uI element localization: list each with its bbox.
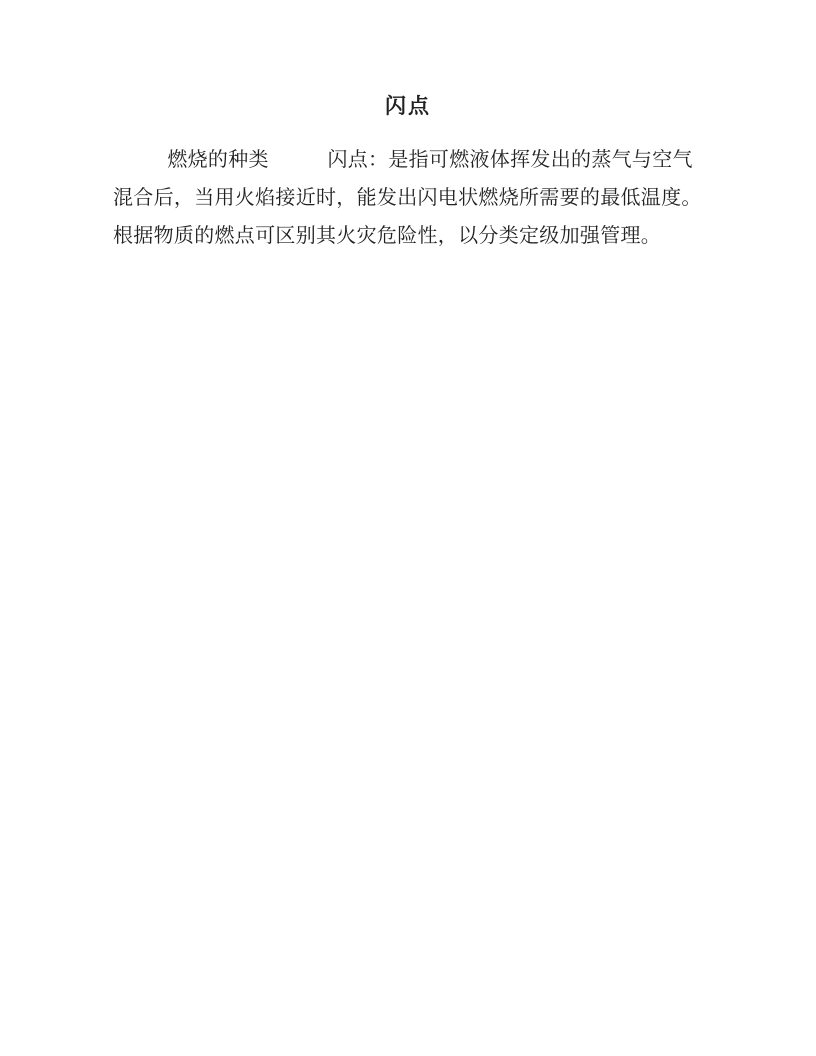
- paragraph-line-3: 根据物质的燃点可区别其火灾危险性，以分类定级加强管理。: [113, 217, 713, 255]
- paragraph-line-2: 混合后，当用火焰接近时，能发出闪电状燃烧所需要的最低温度。: [113, 179, 713, 217]
- paragraph-line-1: 燃烧的种类 闪点：是指可燃液体挥发出的蒸气与空气: [113, 141, 713, 179]
- body-paragraph: 燃烧的种类 闪点：是指可燃液体挥发出的蒸气与空气 混合后，当用火焰接近时，能发出…: [113, 141, 713, 255]
- paragraph-lead: 燃烧的种类: [167, 149, 269, 171]
- document-title: 闪点: [0, 90, 816, 120]
- paragraph-text-line-1: 闪点：是指可燃液体挥发出的蒸气与空气: [327, 149, 692, 171]
- document-page: 闪点 燃烧的种类 闪点：是指可燃液体挥发出的蒸气与空气 混合后，当用火焰接近时，…: [0, 0, 816, 1056]
